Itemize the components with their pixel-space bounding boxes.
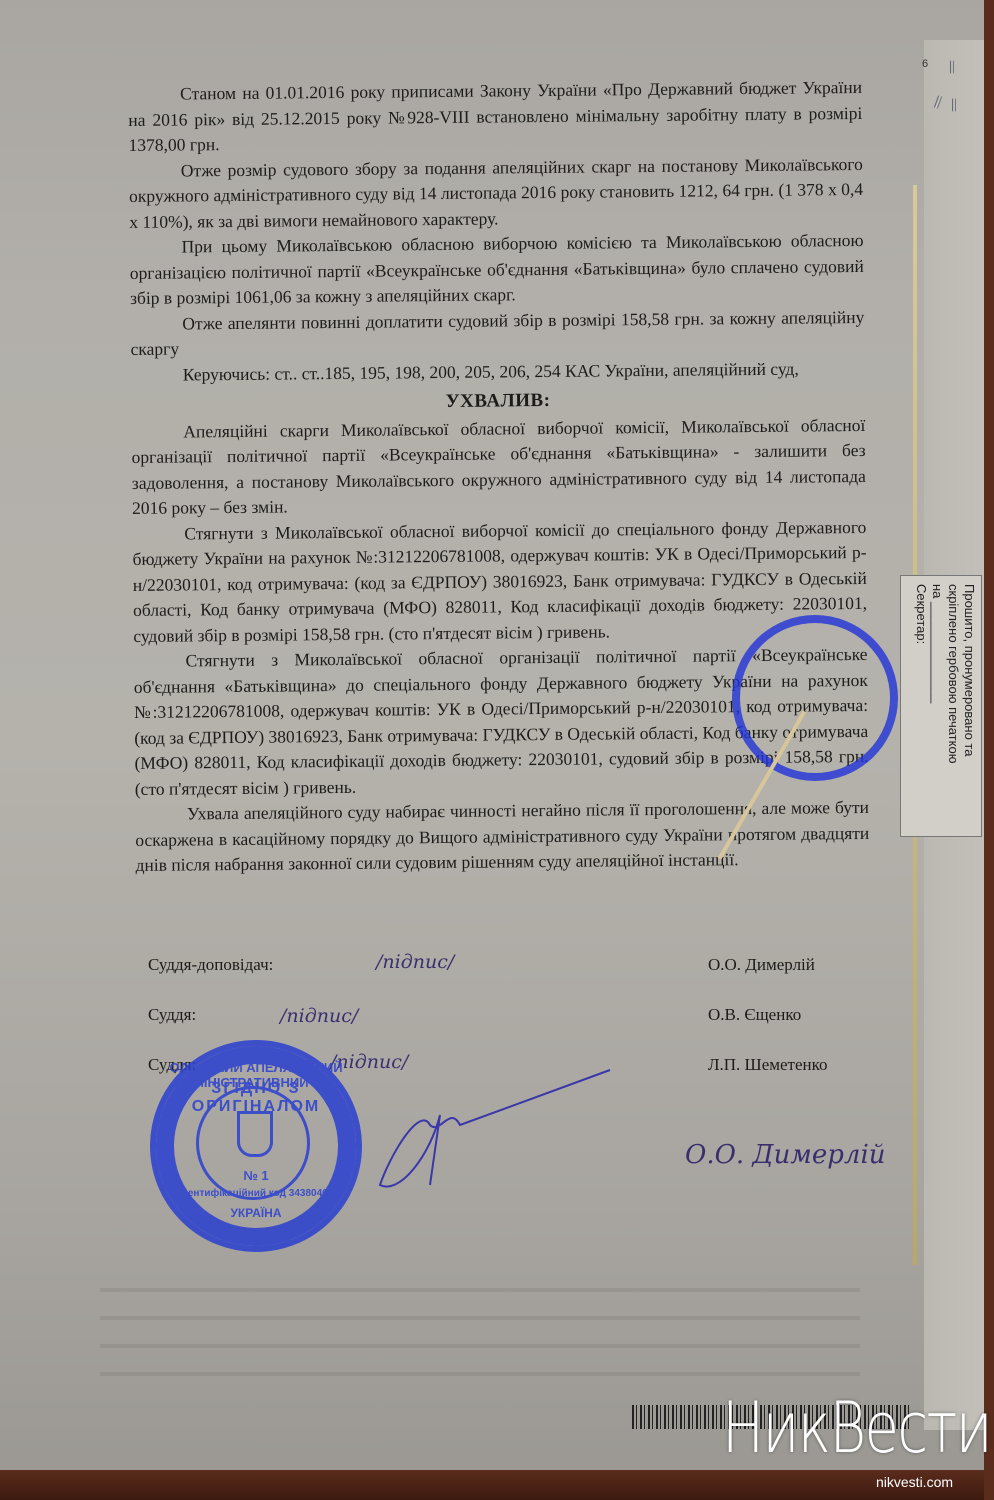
ruling-paragraph: Апеляційні скарги Миколаївської обласної… [131,412,866,521]
label-line: Прошито, пронумеровано та [961,584,977,828]
label-line: скріплено гербовою печаткою [945,584,961,828]
stamp-country: УКРАЇНА [156,1206,356,1220]
paragraph: При цьому Миколаївською обласною виборчо… [129,228,864,312]
staple-icon [952,98,956,112]
paragraph: Отже апелянти повинні доплатити судовий … [130,304,864,362]
ruling-paragraph: Ухвала апеляційного суду набирає чинност… [135,795,870,879]
paragraph: Отже розмір судового збору за подання ап… [129,151,864,235]
signature-row: Суддя-доповідач: /підпис/ О.О. Димерлій [148,955,868,1005]
label-line: на ______________ [929,584,945,828]
court-seal-stamp: ОДЕСЬКИЙ АПЕЛЯЦІЙНИЙ АДМІНІСТРАТИВНИЙ СУ… [150,1040,362,1252]
nikvesti-logo: НикВести [722,1388,991,1468]
judge-name: Л.П. Шеметенко [708,1055,828,1075]
stamp-number: № 1 [156,1168,356,1183]
handwritten-certification: О.О. Димерлій [685,1140,886,1170]
seal-stamp-right [732,615,898,781]
binding-label: Прошито, пронумеровано та скріплено герб… [900,575,982,837]
judge-name: О.О. Димерлій [708,955,815,975]
stamp-id-code: Ідентифікаційний код 34380461 [156,1188,356,1199]
trident-emblem-icon [237,1111,273,1157]
staple-icon [950,60,954,74]
watermark-url: nikvesti.com [876,1474,953,1490]
page-number: 6 [922,58,928,70]
binding-label-text: Прошито, пронумеровано та скріплено герб… [901,576,981,836]
judge-name: О.В. Єщенко [708,1005,801,1025]
paragraph: Станом на 01.01.2016 року приписами Зако… [128,75,863,159]
handwritten-signature: /підпис/ [280,1005,358,1027]
signature-role: Суддя-доповідач: [148,955,273,975]
ruling-paragraph: Стягнути з Миколаївської обласної виборч… [132,514,867,649]
handwritten-signature: /підпис/ [376,951,454,973]
signature-scribble-icon [370,1065,630,1205]
wooden-table [0,1470,994,1500]
wooden-table-edge [984,0,994,1500]
label-line: Секретар: [913,584,929,828]
bleed-through-text [100,1270,860,1400]
signature-role: Суддя: [148,1005,196,1025]
